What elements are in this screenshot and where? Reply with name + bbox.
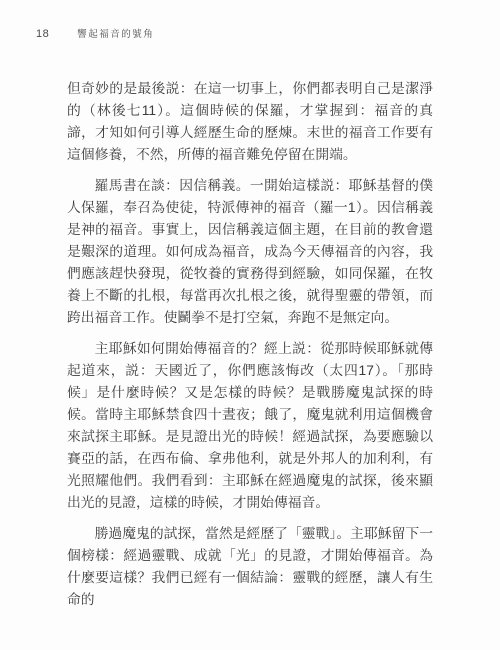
paragraph-4: 勝過魔鬼的試探，當然是經歷了「靈戰」。主耶穌留下一個榜樣：經過靈戰、成就「光」的… — [67, 523, 433, 611]
page-number: 18 — [36, 28, 49, 40]
paragraph-3: 主耶穌如何開始傳福音的？經上説：從那時候耶穌就傳起道來，説：天國近了，你們應該悔… — [67, 338, 433, 514]
chapter-title: 響起福音的號角 — [77, 26, 154, 40]
running-head: 18 響起福音的號角 — [36, 26, 154, 40]
book-page: 18 響起福音的號角 但奇妙的是最後説：在這一切事上，你們都表明自己是潔淨的（林… — [0, 0, 500, 650]
paragraph-1: 但奇妙的是最後説：在這一切事上，你們都表明自己是潔淨的（林後七11）。這個時候的… — [67, 78, 433, 166]
paragraph-2: 羅馬書在談：因信稱義。一開始這樣説：耶穌基督的僕人保羅，奉召為使徒，特派傳神的福… — [67, 175, 433, 329]
body-text: 但奇妙的是最後説：在這一切事上，你們都表明自己是潔淨的（林後七11）。這個時候的… — [67, 78, 433, 611]
